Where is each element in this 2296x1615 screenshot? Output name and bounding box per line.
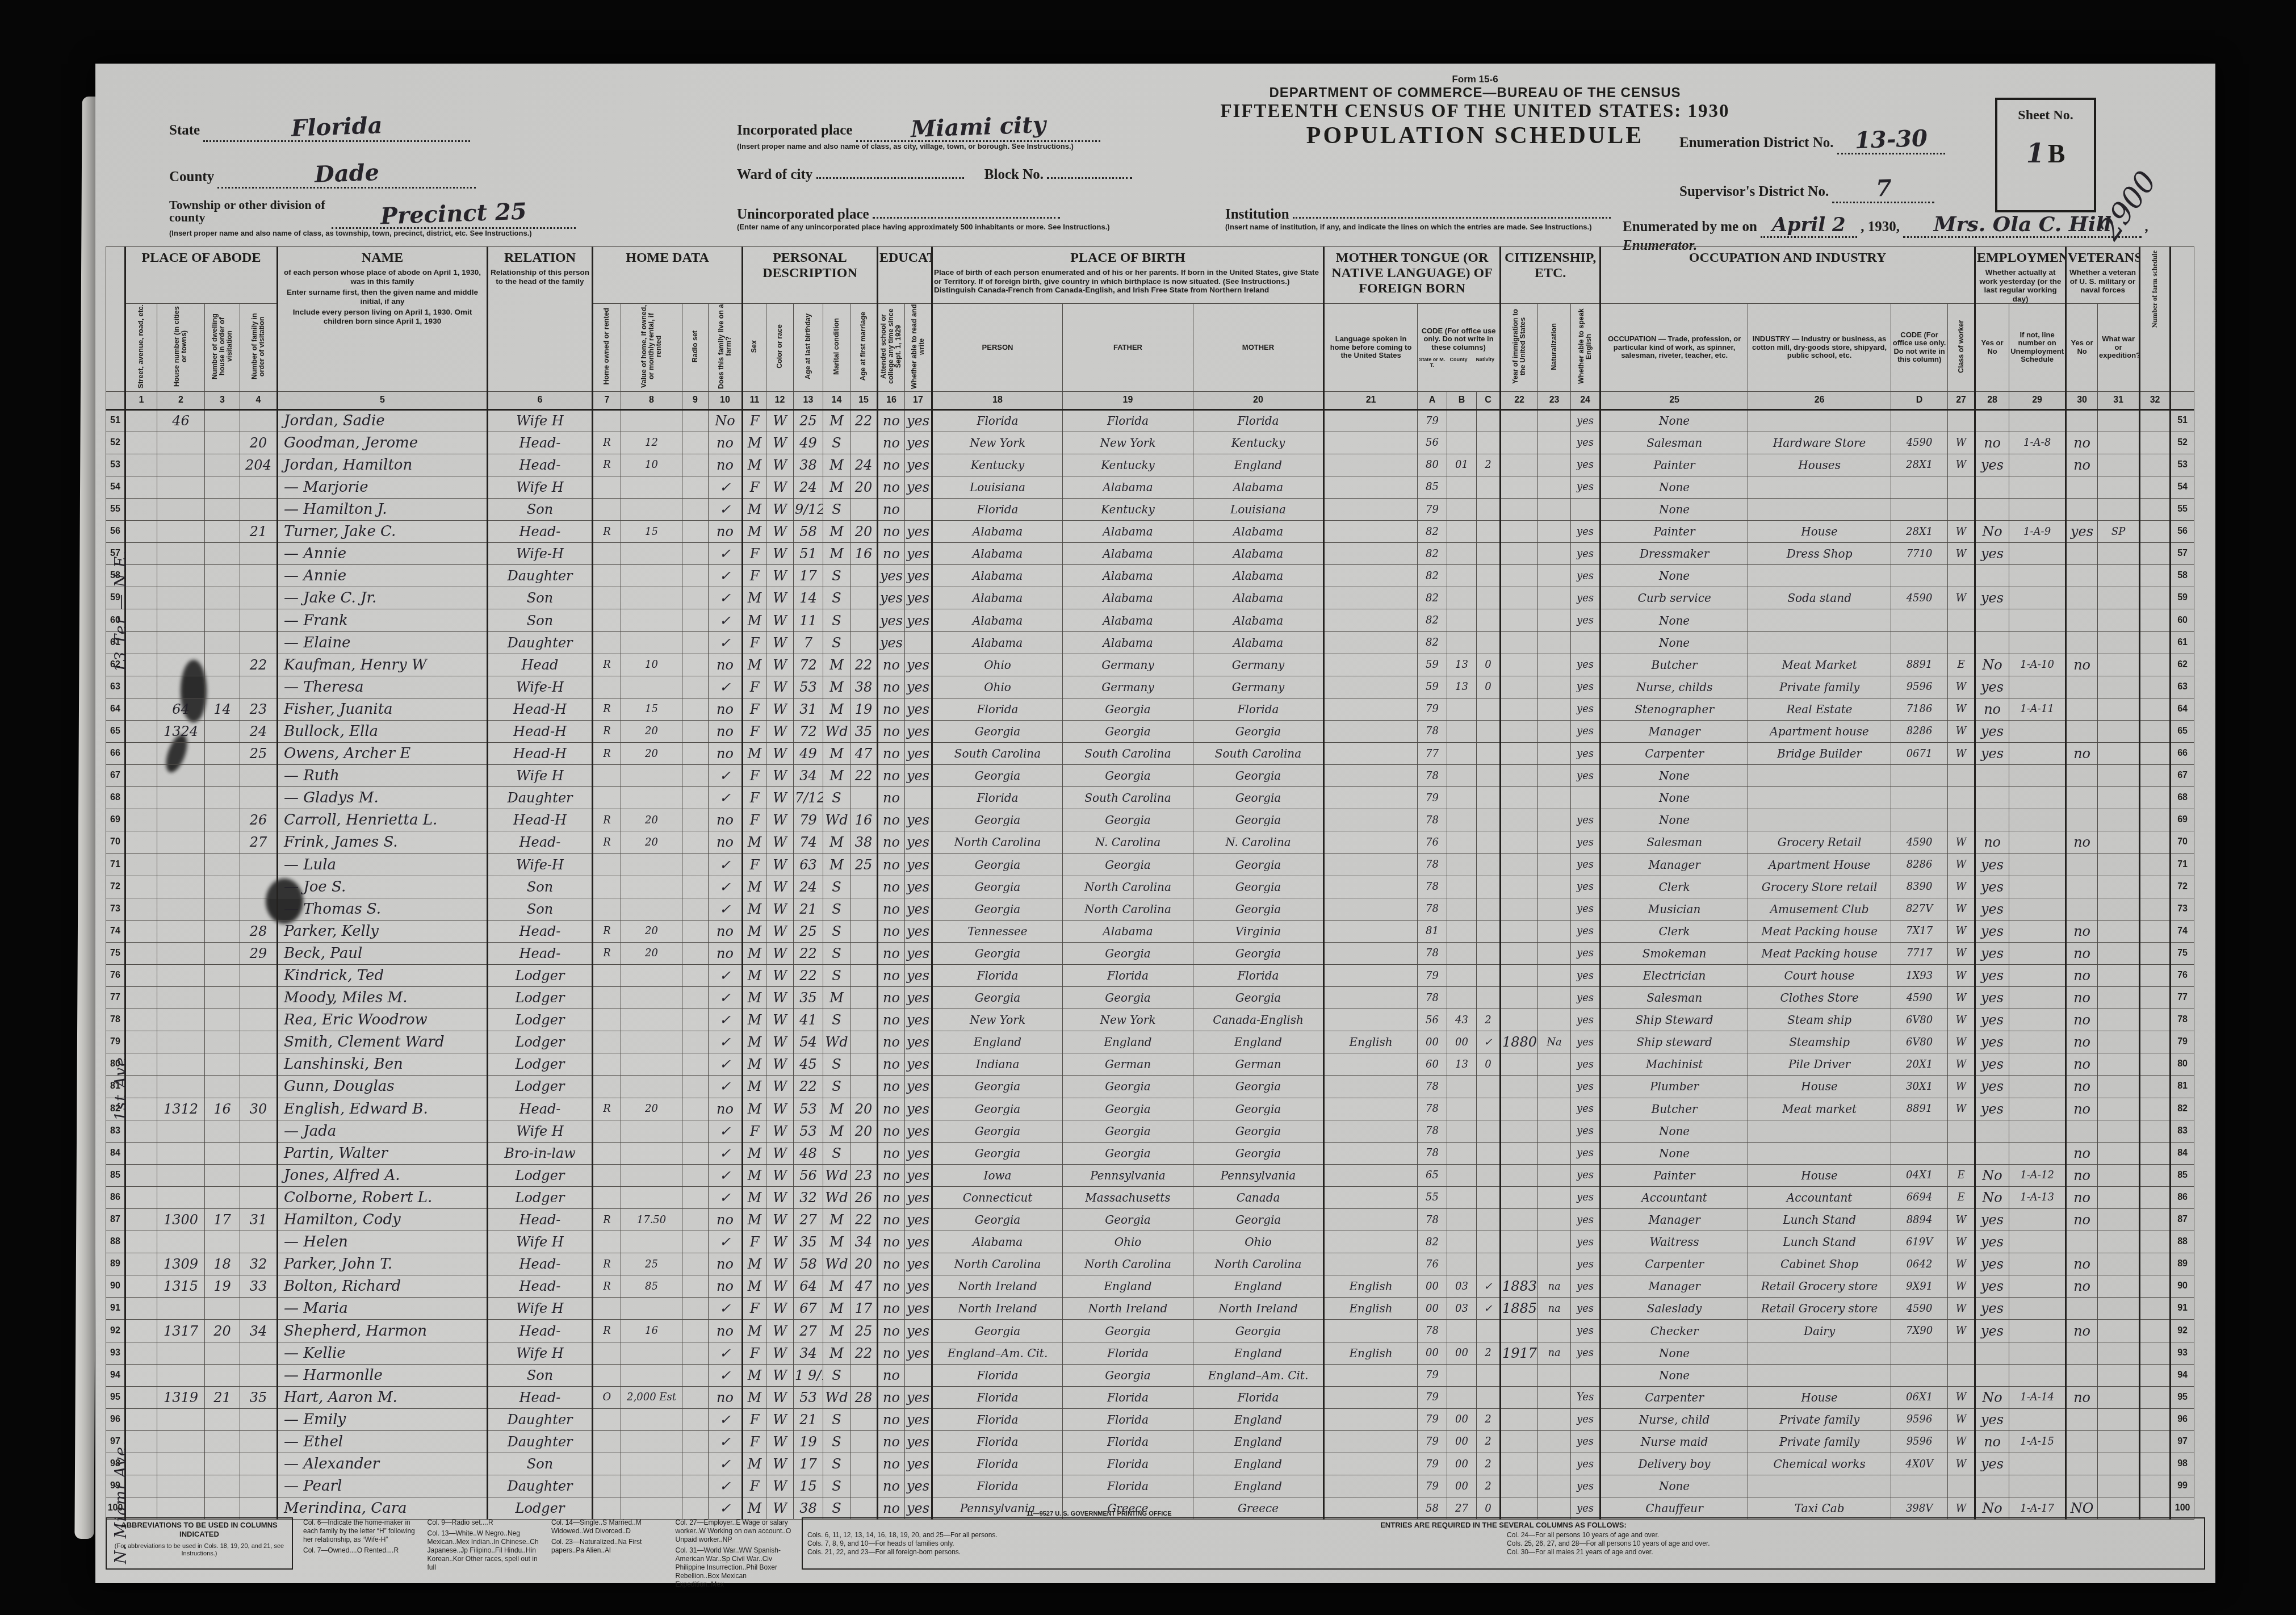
cell <box>2098 1275 2140 1298</box>
cell: ✓ <box>709 1298 743 1320</box>
cell: 4X0V <box>1891 1453 1948 1475</box>
cell: 30X1 <box>1891 1076 1948 1098</box>
cell: 38 <box>794 454 823 476</box>
cell: Georgia <box>1193 853 1324 876</box>
cell: Florida <box>1063 409 1193 432</box>
entries-required-box: ENTRIES ARE REQUIRED IN THE SEVERAL COLU… <box>802 1517 2205 1570</box>
cell: yes <box>1975 898 2009 920</box>
cell <box>1324 853 1418 876</box>
cell: English <box>1324 1298 1418 1320</box>
cell: 20 <box>850 1120 878 1142</box>
cell: Germany <box>1193 676 1324 698</box>
cell <box>1748 498 1891 520</box>
cell <box>1324 676 1418 698</box>
cell <box>682 698 709 720</box>
cell <box>2066 587 2098 609</box>
cell <box>2098 543 2140 565</box>
table-row: 8713001731Hamilton, CodyHead-R17.50noMW2… <box>106 1208 2194 1231</box>
cell: 2 <box>1477 1430 1501 1453</box>
line-number: 53 <box>2171 454 2194 476</box>
cell: yes <box>1571 432 1601 454</box>
cell: no <box>878 809 905 831</box>
cell: W <box>1948 432 1975 454</box>
cell: 9596 <box>1891 676 1948 698</box>
cell <box>1477 432 1501 454</box>
cell <box>2098 743 2140 765</box>
cell <box>850 1142 878 1164</box>
cell <box>850 1031 878 1053</box>
cell <box>682 1364 709 1386</box>
cell: yes <box>1571 876 1601 898</box>
cell: yes <box>878 631 905 654</box>
cell: yes <box>1571 1031 1601 1053</box>
cell <box>2009 587 2066 609</box>
cell <box>2140 1208 2171 1231</box>
cell <box>1501 1253 1538 1275</box>
cell <box>593 1120 621 1142</box>
cell: yes <box>1571 1275 1601 1298</box>
cell: no <box>709 1275 743 1298</box>
cell: House <box>1748 1386 1891 1408</box>
cell: 34 <box>240 1320 278 1342</box>
cell <box>2098 565 2140 587</box>
cell: Florida <box>932 964 1063 986</box>
cell <box>682 521 709 543</box>
cell <box>157 809 205 831</box>
cell <box>682 1031 709 1053</box>
cell <box>1447 831 1477 853</box>
cell <box>2009 1031 2066 1053</box>
cell: yes <box>1975 942 2009 964</box>
cell: yes <box>2066 521 2098 543</box>
cell <box>2098 432 2140 454</box>
sub-header: House number (in cities or towns) <box>157 304 205 392</box>
cell: Bolton, Richard <box>278 1275 488 1298</box>
cell: Lodger <box>488 1076 593 1098</box>
sub-header: FATHER <box>1063 304 1193 392</box>
cell: Germany <box>1063 676 1193 698</box>
cell: 31 <box>240 1208 278 1231</box>
cell <box>240 476 278 498</box>
cell: W <box>766 543 794 565</box>
cell: 00 <box>1447 1342 1477 1364</box>
cell: no <box>2066 987 2098 1009</box>
cell: W <box>766 454 794 476</box>
cell: na <box>1538 1275 1571 1298</box>
cell: no <box>2066 1142 2098 1164</box>
table-row: 86Colborne, Robert L.Lodger✓MW32Wd26noye… <box>106 1186 2194 1208</box>
cell <box>1748 1364 1891 1386</box>
cell <box>240 1475 278 1497</box>
table-row: 60— FrankSon✓MW11SyesyesAlabamaAlabamaAl… <box>106 609 2194 631</box>
cell <box>2009 498 2066 520</box>
cell <box>2098 942 2140 964</box>
cell: Georgia <box>1193 1120 1324 1142</box>
line-number: 94 <box>2171 1364 2194 1386</box>
cell: — Jada <box>278 1120 488 1142</box>
cell: Florida <box>1193 409 1324 432</box>
cell: 38 <box>794 1497 823 1520</box>
line-number: 95 <box>2171 1386 2194 1408</box>
cell: M <box>823 853 850 876</box>
cell <box>682 1231 709 1253</box>
cell <box>1538 587 1571 609</box>
cell: W <box>1948 942 1975 964</box>
township-field: Township or other division of county Pre… <box>169 199 601 237</box>
cell <box>1748 631 1891 654</box>
cell <box>2009 787 2066 809</box>
cell <box>1948 565 1975 587</box>
cell: 19 <box>850 698 878 720</box>
cell <box>682 543 709 565</box>
cell <box>240 565 278 587</box>
cell <box>1975 1342 2009 1364</box>
line-number: 66 <box>2171 743 2194 765</box>
line-number: 52 <box>2171 432 2194 454</box>
cell <box>1538 1186 1571 1208</box>
cell <box>2098 1342 2140 1364</box>
cell: W <box>1948 1275 1975 1298</box>
column-number: 8 <box>621 391 682 409</box>
cell <box>1891 409 1948 432</box>
cell: yes <box>1571 853 1601 876</box>
cell: no <box>709 920 743 942</box>
schedule-title: POPULATION SCHEDULE <box>1220 122 1731 149</box>
cell: R <box>593 454 621 476</box>
cell <box>205 409 240 432</box>
cell: 1324 <box>157 720 205 742</box>
cell: W <box>1948 454 1975 476</box>
cell <box>1571 787 1601 809</box>
sub-header: Whether able to speak English <box>1571 304 1601 392</box>
table-row: 8213121630English, Edward B.Head-R20noMW… <box>106 1098 2194 1120</box>
cell: 59 <box>1418 676 1447 698</box>
enumerated-date: April 2 <box>1772 214 1845 236</box>
cell: Butcher <box>1601 1098 1748 1120</box>
cell: Georgia <box>1193 1142 1324 1164</box>
cell: Head- <box>488 1253 593 1275</box>
cell <box>905 787 932 809</box>
table-row: 65132424Bullock, EllaHead-HR20noFW72Wd35… <box>106 720 2194 742</box>
cell: Germany <box>1063 654 1193 676</box>
cell <box>593 1453 621 1475</box>
cell: ✓ <box>709 1408 743 1430</box>
cell: 79 <box>1418 1364 1447 1386</box>
cell <box>157 1430 205 1453</box>
cell <box>2098 498 2140 520</box>
column-number: 25 <box>1601 391 1748 409</box>
cell <box>1501 454 1538 476</box>
cell: S <box>823 498 850 520</box>
cell: England <box>1063 1275 1193 1298</box>
table-row: 9013151933Bolton, RichardHead-R85noMW64M… <box>106 1275 2194 1298</box>
cell: 22 <box>850 765 878 787</box>
cell: no <box>878 1076 905 1098</box>
cell <box>1324 1364 1418 1386</box>
cell <box>1477 1253 1501 1275</box>
column-number: 24 <box>1571 391 1601 409</box>
cell: Florida <box>932 1453 1063 1475</box>
cell: S <box>823 1430 850 1453</box>
cell: Georgia <box>1193 1208 1324 1231</box>
cell: 26 <box>240 809 278 831</box>
cell: R <box>593 521 621 543</box>
cell <box>2098 920 2140 942</box>
cell: no <box>2066 743 2098 765</box>
cell: 76 <box>1418 831 1447 853</box>
cell: S <box>823 898 850 920</box>
abbreviation-item: Col. 13—White..W Negro..Neg Mexican..Mex… <box>428 1529 544 1572</box>
cell: ✓ <box>709 1164 743 1186</box>
cell <box>1891 1120 1948 1142</box>
cell: 4590 <box>1891 1298 1948 1320</box>
cell: no <box>2066 1009 2098 1031</box>
cell: no <box>2066 1320 2098 1342</box>
cell <box>1477 1098 1501 1120</box>
table-row: 68— Gladys M.Daughter✓FW7/12SnoFloridaSo… <box>106 787 2194 809</box>
cell <box>621 565 682 587</box>
incorporated-value: Miami city <box>910 111 1046 143</box>
cell <box>2098 631 2140 654</box>
cell: no <box>878 920 905 942</box>
cell: 1-A-15 <box>2009 1430 2066 1453</box>
farm-schedule-header: Number of farm schedule <box>2151 250 2159 328</box>
cell: yes <box>1975 1076 2009 1098</box>
sub-header: If not, line number on Unemployment Sche… <box>2009 304 2066 392</box>
cell: 78 <box>1418 853 1447 876</box>
cell <box>2098 1231 2140 1253</box>
cell: 20 <box>850 476 878 498</box>
table-row: 6926Carroll, Henrietta L.Head-HR20noFW79… <box>106 809 2194 831</box>
column-number: 26 <box>1748 391 1891 409</box>
cell <box>240 631 278 654</box>
cell <box>850 898 878 920</box>
cell <box>2009 920 2066 942</box>
cell <box>2140 1430 2171 1453</box>
cell <box>1447 1231 1477 1253</box>
cell: W <box>766 676 794 698</box>
cell: 7710 <box>1891 543 1948 565</box>
cell <box>2009 1053 2066 1076</box>
cell <box>682 876 709 898</box>
cell <box>205 476 240 498</box>
cell: Pile Driver <box>1748 1053 1891 1076</box>
cell <box>205 1053 240 1076</box>
cell <box>1324 1253 1418 1275</box>
cell <box>1477 498 1501 520</box>
cell <box>205 543 240 565</box>
cell: No <box>1975 1186 2009 1208</box>
cell <box>240 1009 278 1031</box>
cell <box>205 631 240 654</box>
cell: no <box>878 1142 905 1164</box>
cell <box>2140 1386 2171 1408</box>
cell <box>1324 987 1418 1009</box>
cell: W <box>766 1231 794 1253</box>
cell <box>1477 698 1501 720</box>
table-row: 96— EmilyDaughter✓FW21SnoyesFloridaFlori… <box>106 1408 2194 1430</box>
cell: Alabama <box>932 521 1063 543</box>
cell: Lodger <box>488 1497 593 1520</box>
cell: Georgia <box>1063 942 1193 964</box>
cell: — Jake C. Jr. <box>278 587 488 609</box>
institution-field: Institution (Insert name of institution,… <box>1225 207 1611 231</box>
line-number: 59 <box>2171 587 2194 609</box>
line-number: 64 <box>2171 698 2194 720</box>
cell <box>621 1076 682 1098</box>
cell: 35 <box>850 720 878 742</box>
cell: Saleslady <box>1601 1298 1748 1320</box>
table-row: 81Gunn, DouglasLodger✓MW22SnoyesGeorgiaG… <box>106 1076 2194 1098</box>
cell <box>1538 1164 1571 1186</box>
street-name-ne: 13 Ter — N.E. <box>112 434 130 672</box>
cell <box>1477 765 1501 787</box>
cell: 27 <box>1447 1497 1477 1520</box>
cell <box>1324 654 1418 676</box>
cell: M <box>743 1453 766 1475</box>
cell: ✓ <box>709 676 743 698</box>
cell <box>621 1497 682 1520</box>
cell: None <box>1601 1142 1748 1164</box>
cell <box>1477 631 1501 654</box>
cell <box>850 942 878 964</box>
cell <box>1477 898 1501 920</box>
column-number <box>2171 391 2194 409</box>
cell: no <box>878 765 905 787</box>
cell <box>2066 476 2098 498</box>
cell <box>1948 787 1975 809</box>
line-number: 96 <box>2171 1408 2194 1430</box>
group-citizenship: CITIZENSHIP, ETC. <box>1501 247 1601 304</box>
line-number: 71 <box>2171 853 2194 876</box>
cell: Head- <box>488 942 593 964</box>
cell: North Carolina <box>932 831 1063 853</box>
cell: yes <box>905 698 932 720</box>
sub-header: Marital condition <box>823 304 850 392</box>
cell <box>1447 987 1477 1009</box>
cell <box>2009 1364 2066 1386</box>
cell: yes <box>905 809 932 831</box>
cell: 1 9/12 <box>794 1364 823 1386</box>
cell: Bro-in-law <box>488 1142 593 1164</box>
cell <box>1477 876 1501 898</box>
column-number: A <box>1418 391 1447 409</box>
cell <box>205 676 240 698</box>
cell: yes <box>1571 521 1601 543</box>
cell: 15 <box>621 698 682 720</box>
cell: no <box>878 654 905 676</box>
cell <box>1324 1475 1418 1497</box>
line-number: 84 <box>106 1142 125 1164</box>
cell: Florida <box>932 1475 1063 1497</box>
cell <box>1447 409 1477 432</box>
table-row: 78Rea, Eric WoodrowLodger✓MW41SnoyesNew … <box>106 1009 2194 1031</box>
cell <box>2140 1408 2171 1430</box>
cell <box>682 1386 709 1408</box>
cell <box>2009 831 2066 853</box>
cell: 6V80 <box>1891 1031 1948 1053</box>
cell: W <box>1948 1231 1975 1253</box>
cell: yes <box>905 1231 932 1253</box>
cell: ✓ <box>709 498 743 520</box>
cell: Wife H <box>488 476 593 498</box>
cell: M <box>823 676 850 698</box>
cell <box>682 1142 709 1164</box>
sub-header: Street, avenue, road, etc. <box>125 304 157 392</box>
cell <box>1538 498 1571 520</box>
cell: Lunch Stand <box>1748 1231 1891 1253</box>
table-row: 99— PearlDaughter✓FW15SnoyesFloridaFlori… <box>106 1475 2194 1497</box>
cell: yes <box>905 1031 932 1053</box>
cell: None <box>1601 1364 1748 1386</box>
cell <box>1324 942 1418 964</box>
cell: yes <box>1571 1164 1601 1186</box>
cell <box>205 987 240 1009</box>
cell: no <box>709 720 743 742</box>
cell: Apartment House <box>1748 853 1891 876</box>
cell: None <box>1601 409 1748 432</box>
cell: Georgia <box>1193 1320 1324 1342</box>
cell <box>1324 1076 1418 1098</box>
cell: W <box>1948 543 1975 565</box>
sub-header: OCCUPATION — Trade, profession, or parti… <box>1601 304 1748 392</box>
cell <box>1324 409 1418 432</box>
cell <box>621 787 682 809</box>
group-relation: RELATION Relationship of this person to … <box>488 247 593 392</box>
cell <box>157 964 205 986</box>
cell: yes <box>1975 720 2009 742</box>
cell: 1880 <box>1501 1031 1538 1053</box>
cell <box>850 876 878 898</box>
sheet-number-box: Sheet No. 1 B <box>1995 98 2096 212</box>
cell: 22 <box>850 409 878 432</box>
cell: ✓ <box>709 1053 743 1076</box>
cell <box>593 898 621 920</box>
cell <box>157 853 205 876</box>
cell: W <box>1948 676 1975 698</box>
cell: 79 <box>1418 787 1447 809</box>
cell: 00 <box>1418 1298 1447 1320</box>
cell: 78 <box>1418 898 1447 920</box>
cell <box>240 498 278 520</box>
cell: 72 <box>794 720 823 742</box>
line-number: 88 <box>2171 1231 2194 1253</box>
cell <box>621 1408 682 1430</box>
cell <box>1891 1475 1948 1497</box>
cell: W <box>1948 1386 1975 1408</box>
cell: no <box>709 1098 743 1120</box>
supervisor-district-field: Supervisor's District No. 7 <box>1679 175 1934 203</box>
cell <box>1477 809 1501 831</box>
cell: yes <box>1975 964 2009 986</box>
cell: 15 <box>794 1475 823 1497</box>
cell: yes <box>905 1208 932 1231</box>
cell: Painter <box>1601 1164 1748 1186</box>
cell: Florida <box>1193 964 1324 986</box>
cell: 22 <box>794 964 823 986</box>
cell: W <box>766 1298 794 1320</box>
cell <box>1948 498 1975 520</box>
cell: 7 <box>794 631 823 654</box>
cell: Clerk <box>1601 920 1748 942</box>
column-number: 30 <box>2066 391 2098 409</box>
cell <box>1477 1120 1501 1142</box>
ward-field: Ward of city Block No. <box>737 167 1132 183</box>
cell: yes <box>905 987 932 1009</box>
abbreviation-item: Col. 27—Employer..E Wage or salary worke… <box>676 1518 792 1544</box>
cell <box>205 1408 240 1430</box>
cell: Son <box>488 609 593 631</box>
